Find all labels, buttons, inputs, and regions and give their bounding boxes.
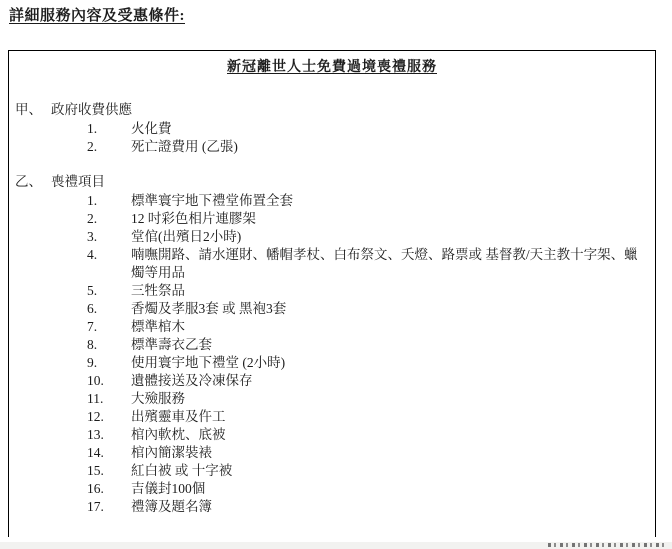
list-item: 7.標準棺木 — [9, 318, 655, 336]
item-text: 大殮服務 — [131, 390, 655, 408]
clipped-footer-text — [548, 543, 666, 547]
item-text: 紅白被 或 十字被 — [131, 462, 655, 480]
section: 甲、政府收費供應1.火化費2.死亡證費用 (乙張) — [9, 100, 655, 156]
section-label: 甲、 — [15, 100, 51, 120]
list-item: 11.大殮服務 — [9, 390, 655, 408]
item-number: 15. — [87, 462, 131, 480]
item-number: 2. — [87, 210, 131, 228]
page-title: 詳細服務內容及受惠條件: — [9, 4, 185, 25]
item-text: 棺內軟枕、底被 — [131, 426, 655, 444]
section-header: 乙、喪禮項目 — [9, 172, 655, 192]
item-text: 出殯靈車及仵工 — [131, 408, 655, 426]
list-item: 13.棺內軟枕、底被 — [9, 426, 655, 444]
item-text: 標準寰宇地下禮堂佈置全套 — [131, 192, 655, 210]
list-item: 6.香燭及孝服3套 或 黑袍3套 — [9, 300, 655, 318]
item-number: 8. — [87, 336, 131, 354]
item-text: 死亡證費用 (乙張) — [131, 138, 655, 156]
list-item: 5.三牲祭品 — [9, 282, 655, 300]
list-item: 15.紅白被 或 十字被 — [9, 462, 655, 480]
item-number: 17. — [87, 498, 131, 516]
sections-container: 甲、政府收費供應1.火化費2.死亡證費用 (乙張)乙、喪禮項目1.標準寰宇地下禮… — [9, 100, 655, 516]
section: 乙、喪禮項目1.標準寰宇地下禮堂佈置全套2.12 吋彩色相片連膠架3.堂倌(出殯… — [9, 172, 655, 516]
service-details-box: 新冠離世人士免費過境喪禮服務 甲、政府收費供應1.火化費2.死亡證費用 (乙張)… — [8, 50, 656, 537]
list-item: 8.標準壽衣乙套 — [9, 336, 655, 354]
list-item: 2.死亡證費用 (乙張) — [9, 138, 655, 156]
item-number: 9. — [87, 354, 131, 372]
list-item: 14.棺內簡潔裝裱 — [9, 444, 655, 462]
item-text: 香燭及孝服3套 或 黑袍3套 — [131, 300, 655, 318]
item-number: 1. — [87, 120, 131, 138]
item-number: 2. — [87, 138, 131, 156]
item-text: 12 吋彩色相片連膠架 — [131, 210, 655, 228]
section-title: 喪禮項目 — [51, 174, 105, 189]
item-number: 16. — [87, 480, 131, 498]
item-text: 喃嘸開路、請水運財、幡帽孝杖、白布祭文、夭燈、路票或 基督教/天主教十字架、蠟燭… — [131, 246, 655, 282]
box-title: 新冠離世人士免費過境喪禮服務 — [9, 56, 655, 76]
item-number: 14. — [87, 444, 131, 462]
list-item: 12.出殯靈車及仵工 — [9, 408, 655, 426]
item-text: 禮簿及題名簿 — [131, 498, 655, 516]
item-number: 6. — [87, 300, 131, 318]
item-text: 堂倌(出殯日2小時) — [131, 228, 655, 246]
item-text: 標準棺木 — [131, 318, 655, 336]
list-item: 2.12 吋彩色相片連膠架 — [9, 210, 655, 228]
item-number: 10. — [87, 372, 131, 390]
item-number: 1. — [87, 192, 131, 210]
item-number: 4. — [87, 246, 131, 282]
section-header: 甲、政府收費供應 — [9, 100, 655, 120]
item-number: 5. — [87, 282, 131, 300]
list-item: 1.標準寰宇地下禮堂佈置全套 — [9, 192, 655, 210]
item-text: 三牲祭品 — [131, 282, 655, 300]
page-boundary-gap — [0, 542, 672, 549]
item-text: 吉儀封100個 — [131, 480, 655, 498]
item-text: 標準壽衣乙套 — [131, 336, 655, 354]
list-item: 10.遺體接送及冷凍保存 — [9, 372, 655, 390]
list-item: 17.禮簿及題名簿 — [9, 498, 655, 516]
section-title: 政府收費供應 — [51, 102, 132, 117]
list-item: 1.火化費 — [9, 120, 655, 138]
item-text: 棺內簡潔裝裱 — [131, 444, 655, 462]
section-label: 乙、 — [15, 172, 51, 192]
list-item: 9.使用寰宇地下禮堂 (2小時) — [9, 354, 655, 372]
item-number: 13. — [87, 426, 131, 444]
list-item: 16.吉儀封100個 — [9, 480, 655, 498]
item-number: 7. — [87, 318, 131, 336]
item-number: 12. — [87, 408, 131, 426]
list-item: 4.喃嘸開路、請水運財、幡帽孝杖、白布祭文、夭燈、路票或 基督教/天主教十字架、… — [9, 246, 655, 282]
list-item: 3.堂倌(出殯日2小時) — [9, 228, 655, 246]
item-number: 11. — [87, 390, 131, 408]
item-text: 使用寰宇地下禮堂 (2小時) — [131, 354, 655, 372]
item-text: 遺體接送及冷凍保存 — [131, 372, 655, 390]
item-number: 3. — [87, 228, 131, 246]
item-text: 火化費 — [131, 120, 655, 138]
